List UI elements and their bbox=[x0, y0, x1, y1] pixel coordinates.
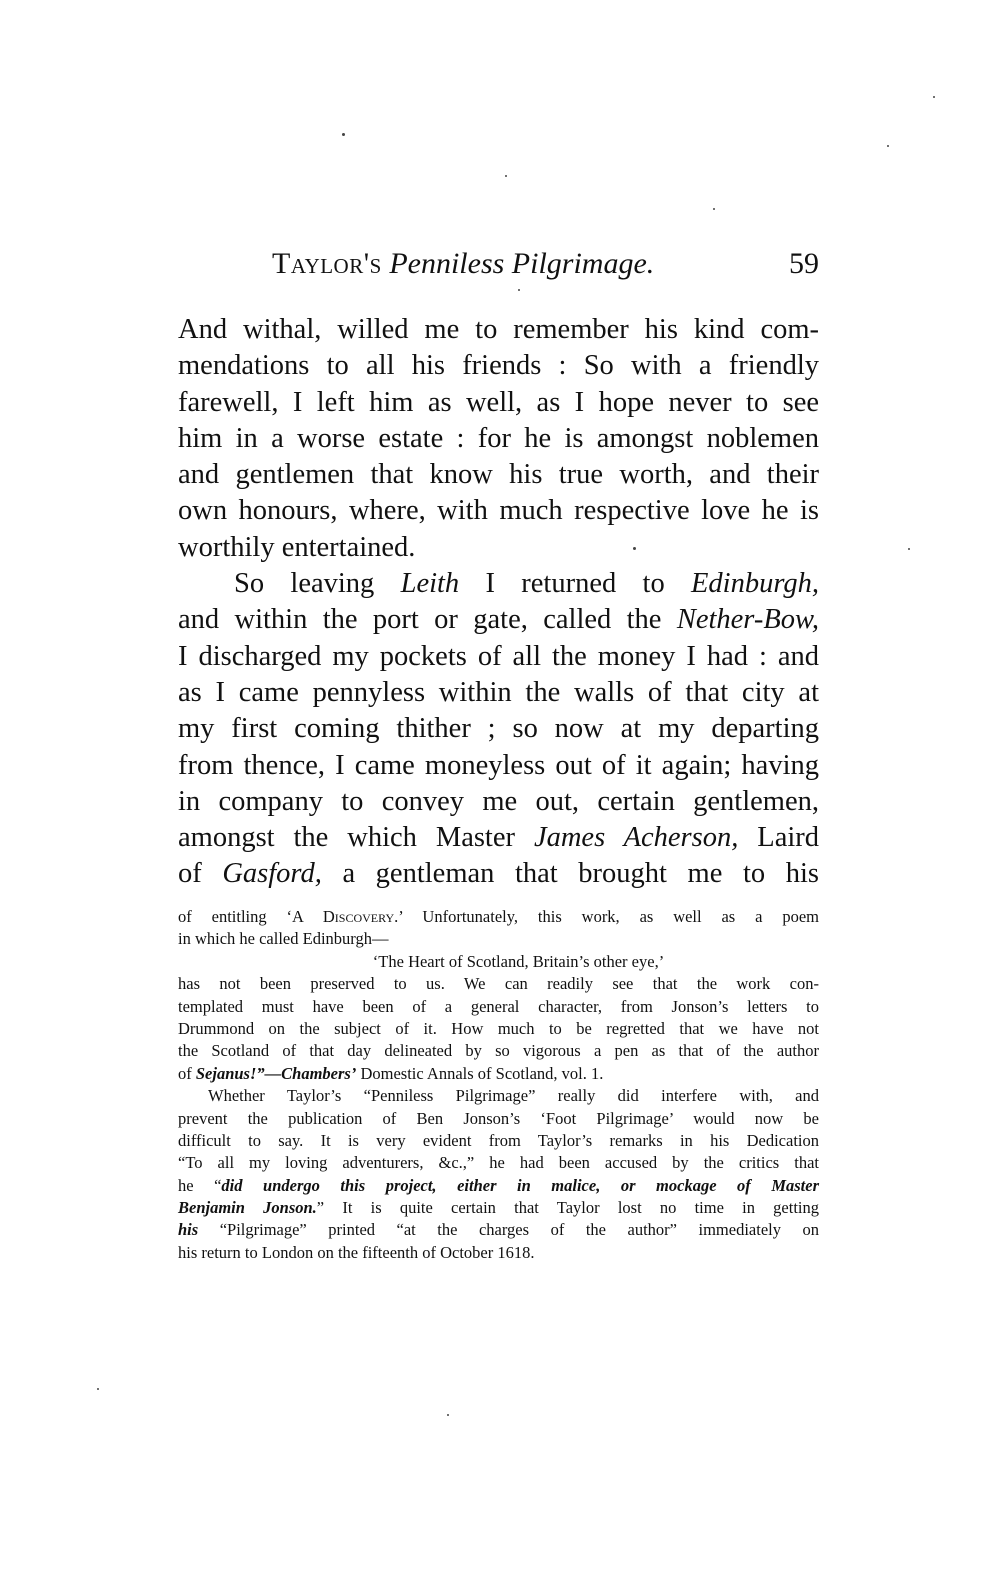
running-title-work: Penniless Pilgrimage. bbox=[389, 247, 654, 280]
footnote: of entitling ‘A Discovery.’ Unfortunatel… bbox=[178, 906, 819, 1264]
body-line: in company to convey me out, certain gen… bbox=[178, 784, 819, 820]
scan-speck bbox=[518, 289, 520, 291]
text: ’ Unfortunately, this work, as well as a… bbox=[398, 907, 819, 926]
running-title: Taylor's Penniless Pilgrimage. bbox=[272, 244, 654, 284]
quotation: Benjamin Jonson. bbox=[178, 1198, 317, 1217]
body-line: my first coming thither ; so now at my d… bbox=[178, 711, 819, 747]
footnote-line: difficult to say. It is very evident fro… bbox=[178, 1130, 819, 1152]
place-name: Nether-Bow, bbox=[677, 604, 819, 635]
text: So leaving bbox=[234, 568, 401, 599]
body-line: him in a worse estate : for he is amongs… bbox=[178, 421, 819, 457]
text: ” It is quite certain that Taylor lost n… bbox=[317, 1198, 819, 1217]
text: of bbox=[178, 1064, 196, 1083]
text: Laird bbox=[738, 822, 819, 853]
scan-speck bbox=[342, 133, 345, 136]
footnote-line: Drummond on the subject of it. How much … bbox=[178, 1018, 819, 1040]
body-line: farewell, I left him as well, as I hope … bbox=[178, 385, 819, 421]
body-line: and within the port or gate, called the … bbox=[178, 602, 819, 638]
footnote-line: his return to London on the fifteenth of… bbox=[178, 1242, 819, 1264]
footnote-line: Benjamin Jonson.” It is quite certain th… bbox=[178, 1197, 819, 1219]
scan-speck bbox=[633, 547, 636, 550]
text: Domestic Annals of Scotland, vol. 1. bbox=[356, 1064, 603, 1083]
footnote-line: he “did undergo this project, either in … bbox=[178, 1175, 819, 1197]
scan-speck bbox=[933, 96, 935, 98]
scan-speck bbox=[447, 1414, 449, 1416]
text: he “ bbox=[178, 1176, 221, 1195]
body-line: and gentlemen that know his true worth, … bbox=[178, 457, 819, 493]
place-name: Leith bbox=[401, 568, 460, 599]
footnote-line: has not been preserved to us. We can rea… bbox=[178, 973, 819, 995]
footnote-line: of entitling ‘A Discovery.’ Unfortunatel… bbox=[178, 906, 819, 928]
body-line: amongst the which Master James Acherson,… bbox=[178, 820, 819, 856]
body-line: worthily entertained. bbox=[178, 530, 819, 566]
footnote-line: prevent the publication of Ben Jonson’s … bbox=[178, 1108, 819, 1130]
scan-speck bbox=[97, 1388, 99, 1390]
body-line: mendations to all his friends : So with … bbox=[178, 348, 819, 384]
book-page: Taylor's Penniless Pilgrimage. 59 And wi… bbox=[0, 0, 1003, 1574]
work-title: Discovery. bbox=[323, 907, 398, 926]
place-name: Edinburgh, bbox=[691, 568, 819, 599]
scan-speck bbox=[887, 145, 889, 147]
footnote-line: Whether Taylor’s “Penniless Pilgrimage” … bbox=[178, 1085, 819, 1107]
body-line: I discharged my pockets of all the money… bbox=[178, 639, 819, 675]
body-text: And withal, willed me to remember his ki… bbox=[178, 312, 819, 893]
footnote-line: in which he called Edinburgh— bbox=[178, 928, 819, 950]
body-line: of Gasford, a gentleman that brought me … bbox=[178, 856, 819, 892]
text: a gentleman that brought me to his bbox=[322, 858, 819, 889]
body-line: from thence, I came moneyless out of it … bbox=[178, 748, 819, 784]
page-header: Taylor's Penniless Pilgrimage. 59 bbox=[178, 244, 819, 284]
body-line: And withal, willed me to remember his ki… bbox=[178, 312, 819, 348]
footnote-line: “To all my loving adventurers, &c.,” he … bbox=[178, 1152, 819, 1174]
body-line: as I came pennyless within the walls of … bbox=[178, 675, 819, 711]
running-title-author: Taylor's bbox=[272, 247, 382, 280]
quotation: did undergo this project, either in mali… bbox=[221, 1176, 819, 1195]
footnote-quote: ‘The Heart of Scotland, Britain’s other … bbox=[178, 951, 819, 973]
footnote-line: of Sejanus!”—Chambers’ Domestic Annals o… bbox=[178, 1063, 819, 1085]
person-name: James Acherson, bbox=[534, 822, 738, 853]
text: of entitling ‘A bbox=[178, 907, 323, 926]
emphasis: his bbox=[178, 1220, 198, 1239]
scan-speck bbox=[505, 175, 507, 177]
footnote-line: templated must have been of a general ch… bbox=[178, 996, 819, 1018]
scan-speck bbox=[713, 208, 715, 210]
page-number: 59 bbox=[789, 244, 819, 284]
text: amongst the which Master bbox=[178, 822, 534, 853]
text: and within the port or gate, called the bbox=[178, 604, 677, 635]
body-line: So leaving Leith I returned to Edinburgh… bbox=[178, 566, 819, 602]
text: I returned to bbox=[459, 568, 691, 599]
footnote-line: the Scotland of that day delineated by s… bbox=[178, 1040, 819, 1062]
body-line: own honours, where, with much respective… bbox=[178, 493, 819, 529]
text: “Pilgrimage” printed “at the charges of … bbox=[198, 1220, 819, 1239]
scan-speck bbox=[908, 548, 910, 550]
text: of bbox=[178, 858, 222, 889]
citation: Sejanus!”—Chambers’ bbox=[196, 1064, 356, 1083]
place-name: Gasford, bbox=[222, 858, 322, 889]
footnote-line: his “Pilgrimage” printed “at the charges… bbox=[178, 1219, 819, 1241]
